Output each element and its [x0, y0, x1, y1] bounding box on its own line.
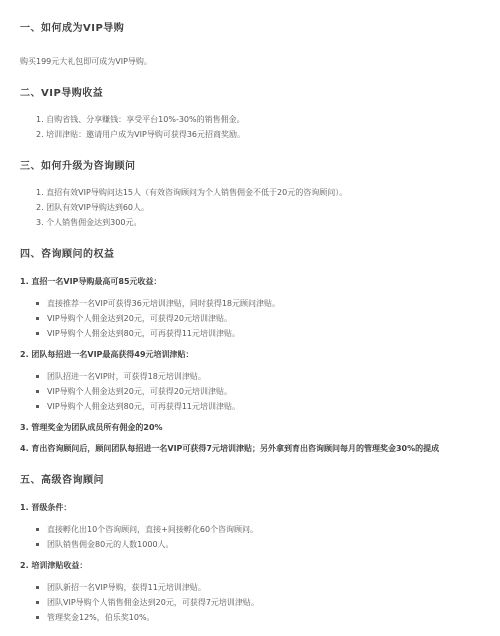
bullet-item: 团队VIP导购个人销售佣金达到20元，可获得7元培训津贴。: [20, 595, 480, 610]
bullet-item: 团队新招一名VIP导购，获得11元培训津贴。: [20, 580, 480, 595]
numbered-item: 3. 个人销售佣金达到300元。: [36, 215, 480, 230]
section-heading: 四、咨询顾问的权益: [20, 248, 480, 262]
bullet-list: 直接推荐一名VIP可获得36元培训津贴，同时获得18元顾问津贴。 VIP导购个人…: [20, 296, 480, 341]
bullet-list: 团队招进一名VIP时，可获得18元培训津贴。 VIP导购个人佣金达到20元，可获…: [20, 369, 480, 414]
section-heading: 一、如何成为VIP导购: [20, 22, 480, 36]
subsection-label: 1. 直招一名VIP导购最高可85元收益：: [20, 274, 480, 289]
section-heading: 五、高级咨询顾问: [20, 474, 480, 488]
section-heading: 三、如何升级为咨询顾问: [20, 160, 480, 174]
subsection-label: 2. 培训津贴收益：: [20, 558, 480, 573]
bullet-item: 管理奖金12%，伯乐奖10%。: [20, 610, 480, 625]
section-heading: 二、VIP导购收益: [20, 87, 480, 101]
subsection-label: 3. 管理奖金为团队成员所有佣金的20%: [20, 420, 480, 435]
numbered-list: 1. 自购省钱、分享赚钱：享受平台10%-30%的销售佣金。 2. 培训津贴：邀…: [20, 112, 480, 142]
numbered-list: 1. 直招有效VIP导购问达15人（有效咨询顾问为个人销售佣金不低于20元的咨询…: [20, 185, 480, 230]
paragraph: 购买199元大礼包即可成为VIP导购。: [20, 54, 480, 69]
section-consultant-benefits: 四、咨询顾问的权益 1. 直招一名VIP导购最高可85元收益： 直接推荐一名VI…: [20, 248, 480, 456]
bullet-item: 团队招进一名VIP时，可获得18元培训津贴。: [20, 369, 480, 384]
bullet-list: 团队新招一名VIP导购，获得11元培训津贴。 团队VIP导购个人销售佣金达到20…: [20, 580, 480, 625]
section-become-vip-guide: 一、如何成为VIP导购 购买199元大礼包即可成为VIP导购。: [20, 22, 480, 69]
section-senior-consultant: 五、高级咨询顾问 1. 晋级条件： 直接孵化出10个咨询顾问，直接+间接孵化60…: [20, 474, 480, 625]
section-vip-guide-income: 二、VIP导购收益 1. 自购省钱、分享赚钱：享受平台10%-30%的销售佣金。…: [20, 87, 480, 142]
bullet-item: 团队销售佣金80元的人数1000人。: [20, 537, 480, 552]
numbered-item: 1. 直招有效VIP导购问达15人（有效咨询顾问为个人销售佣金不低于20元的咨询…: [36, 185, 480, 200]
document: 一、如何成为VIP导购 购买199元大礼包即可成为VIP导购。 二、VIP导购收…: [0, 0, 500, 636]
bullet-item: VIP导购个人佣金达到20元，可获得20元培训津贴。: [20, 384, 480, 399]
subsection-label: 2. 团队每招进一名VIP最高获得49元培训津贴：: [20, 347, 480, 362]
subsection-label: 1. 晋级条件：: [20, 500, 480, 515]
bullet-item: VIP导购个人佣金达到20元，可获得20元培训津贴。: [20, 311, 480, 326]
subsection-label: 4. 育出咨询顾问后，顾问团队每招进一名VIP可获得7元培训津贴；另外拿到育出咨…: [20, 441, 480, 456]
bullet-list: 直接孵化出10个咨询顾问，直接+间接孵化60个咨询顾问。 团队销售佣金80元的人…: [20, 522, 480, 552]
bullet-item: 直接推荐一名VIP可获得36元培训津贴，同时获得18元顾问津贴。: [20, 296, 480, 311]
numbered-item: 1. 自购省钱、分享赚钱：享受平台10%-30%的销售佣金。: [36, 112, 480, 127]
section-upgrade-to-consultant: 三、如何升级为咨询顾问 1. 直招有效VIP导购问达15人（有效咨询顾问为个人销…: [20, 160, 480, 230]
bullet-item: VIP导购个人佣金达到80元，可再获得11元培训津贴。: [20, 326, 480, 341]
bullet-item: VIP导购个人佣金达到80元，可再获得11元培训津贴。: [20, 399, 480, 414]
bullet-item: 直接孵化出10个咨询顾问，直接+间接孵化60个咨询顾问。: [20, 522, 480, 537]
numbered-item: 2. 培训津贴：邀请用户成为VIP导购可获得36元招商奖励。: [36, 127, 480, 142]
numbered-item: 2. 团队有效VIP导购达到60人。: [36, 200, 480, 215]
